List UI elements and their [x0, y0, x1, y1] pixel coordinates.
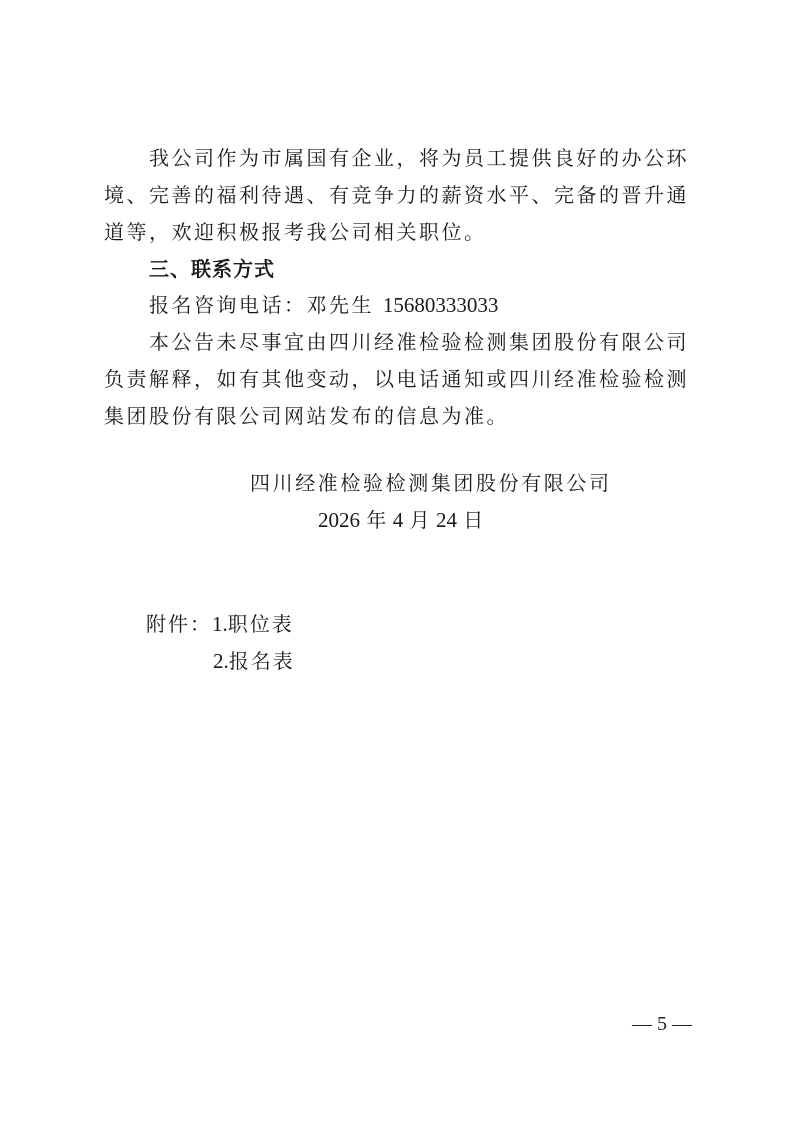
disclaimer-paragraph-line-1: 本公告未尽事宜由四川经准检验检测集团股份有限公司 [149, 329, 749, 355]
date-year-unit: 年 [366, 508, 386, 532]
date-day: 24 [436, 508, 457, 532]
section-heading-contact: 三、联系方式 [149, 256, 749, 282]
disclaimer-paragraph-line-2: 负责解释，如有其他变动，以电话通知或四川经准检验检测 [104, 366, 704, 392]
document-page: 我公司作为市属国有企业，将为员工提供良好的办公环 境、完善的福利待遇、有竞争力的… [0, 0, 793, 1122]
attachment-title: 职位表 [228, 612, 294, 636]
contact-phone-number: 15680333033 [383, 293, 499, 317]
attachment-number: 2. [213, 649, 229, 673]
attachments-label: 附件： [146, 612, 212, 636]
benefits-paragraph-line-2: 境、完善的福利待遇、有竞争力的薪资水平、完备的晋升通 [104, 182, 704, 208]
disclaimer-paragraph-line-3: 集团股份有限公司网站发布的信息为准。 [104, 403, 704, 429]
signature-organization: 四川经准检验检测集团股份有限公司 [250, 470, 612, 496]
date-day-unit: 日 [463, 508, 483, 532]
attachment-item-2: 2.报名表 [213, 648, 295, 674]
attachment-item-1: 附件：1.职位表 [146, 611, 294, 637]
attachment-title: 报名表 [229, 649, 295, 673]
date-month-unit: 月 [410, 508, 430, 532]
benefits-paragraph-line-1: 我公司作为市属国有企业，将为员工提供良好的办公环 [149, 145, 749, 171]
page-number: — 5 — [632, 1012, 692, 1036]
date-month: 4 [393, 508, 404, 532]
attachment-number: 1. [212, 612, 228, 636]
date-year: 2026 [318, 508, 360, 532]
benefits-paragraph-line-3: 道等，欢迎积极报考我公司相关职位。 [104, 219, 704, 245]
contact-phone-label: 报名咨询电话：邓先生 [149, 293, 374, 317]
contact-phone-line: 报名咨询电话：邓先生 15680333033 [149, 292, 749, 318]
signature-date: 2026 年 4 月 24 日 [318, 507, 483, 533]
